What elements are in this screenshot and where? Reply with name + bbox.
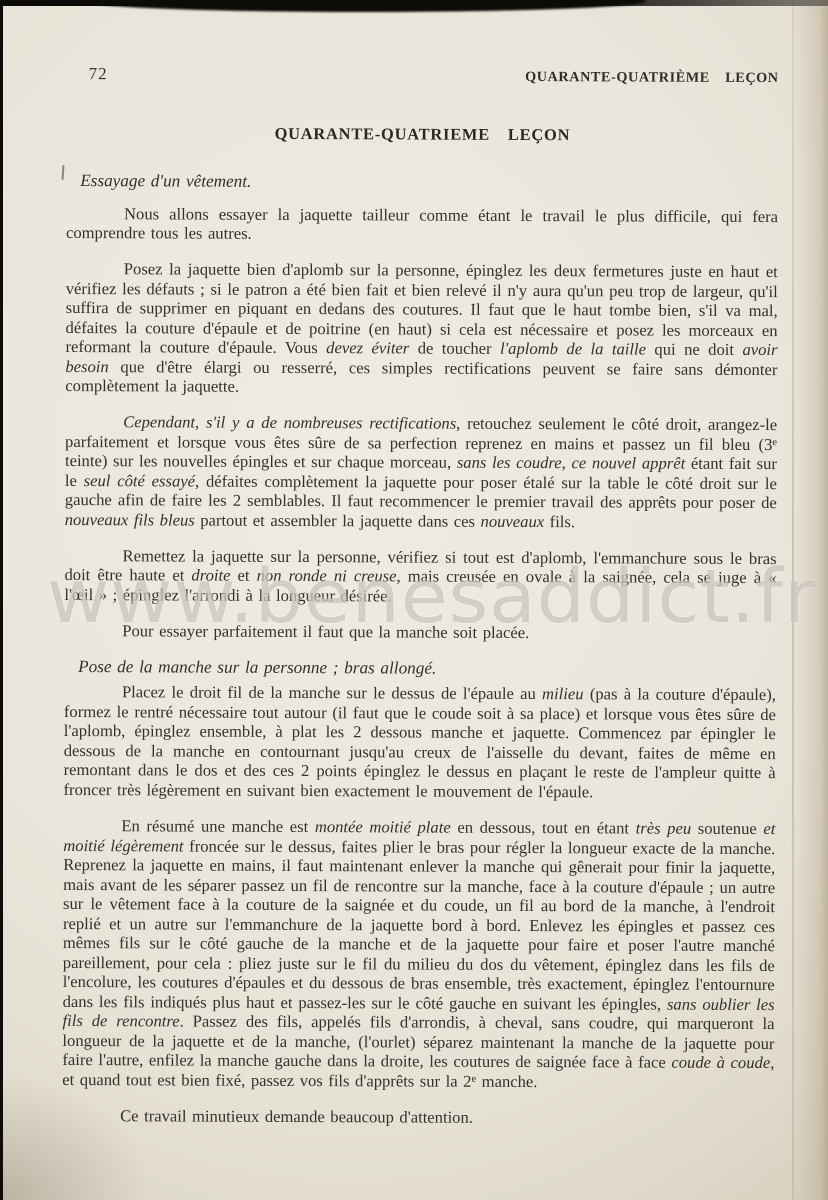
page-content: 72 QUARANTE-QUATRIÈME LEÇON QUARANTE-QUA… (62, 0, 779, 1145)
stray-pen-mark (61, 165, 64, 180)
paragraph-intro: Nous allons essayer la jaquette tailleur… (66, 203, 778, 245)
scanned-page: 72 QUARANTE-QUATRIÈME LEÇON QUARANTE-QUA… (3, 0, 828, 1200)
backdrop-left-strip (0, 0, 3, 1200)
paragraph-en-resume: En résumé une manche est montée moitié p… (62, 816, 775, 1092)
paragraph-rectifications: Cependant, s'il y a de nombreuses rectif… (65, 412, 778, 532)
page-edge-crease (792, 0, 794, 1200)
paragraph-placez-droit-fil: Placez le droit fil de la manche sur le … (64, 682, 777, 802)
paragraph-posez-jaquette: Posez la jaquette bien d'aplomb sur la p… (65, 259, 778, 399)
page-number: 72 (67, 64, 108, 84)
running-header: QUARANTE-QUATRIÈME LEÇON (525, 68, 779, 89)
paragraph-pour-essayer: Pour essayer parfaitement il faut que la… (64, 621, 776, 644)
paragraph-remettez-jaquette: Remettez la jaquette sur la personne, vé… (64, 546, 776, 608)
section-heading-essayage: Essayage d'un vêtement. (66, 171, 778, 194)
paragraph-conclusion: Ce travail minutieux demande beaucoup d'… (62, 1106, 774, 1129)
section-heading-pose-manche: Pose de la manche sur la personne ; bras… (64, 657, 776, 680)
page-header: 72 QUARANTE-QUATRIÈME LEÇON (67, 64, 779, 89)
page-edge-band (790, 0, 828, 1200)
lesson-title: QUARANTE-QUATRIEME LEÇON (66, 122, 778, 145)
